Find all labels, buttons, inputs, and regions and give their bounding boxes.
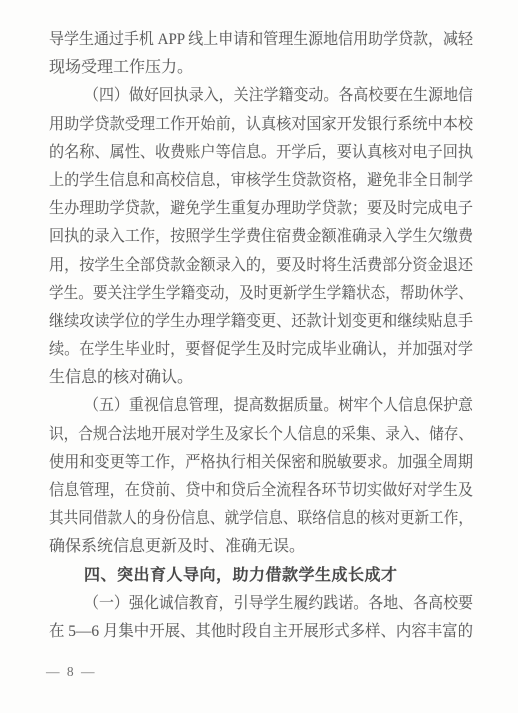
text-line-content: 其共同借款人的身份信息、就学信息、联络信息的核对更新工作， bbox=[49, 505, 473, 533]
text-line-content: 在 5—6 月集中开展、其他时段自主开展形式多样、内容丰富的 bbox=[49, 618, 473, 646]
text-line: 的名称、属性、收费账户等信息。开学后，要认真核对电子回执 bbox=[49, 139, 473, 167]
text-line: 学生。要关注学生学籍变动，及时更新学生学籍状态，帮助休学、 bbox=[49, 280, 473, 308]
text-line: 生办理助学贷款，避免学生重复办理助学贷款；要及时完成电子 bbox=[49, 195, 473, 223]
text-line: 确保系统信息更新及时、准确无误。 bbox=[49, 533, 473, 561]
section-heading-content: 四、突出育人导向，助力借款学生成长成才 bbox=[84, 562, 398, 590]
text-line-content: 的名称、属性、收费账户等信息。开学后，要认真核对电子回执 bbox=[49, 139, 473, 167]
text-line: 生信息的核对确认。 bbox=[49, 364, 473, 392]
text-line-content: 学生。要关注学生学籍变动，及时更新学生学籍状态，帮助休学、 bbox=[49, 280, 473, 308]
text-line-content: 继续攻读学位的学生办理学籍变更、还款计划变更和继续贴息手 bbox=[49, 308, 473, 336]
text-line-content: 使用和变更等工作，严格执行相关保密和脱敏要求。加强全周期 bbox=[49, 449, 473, 477]
text-line-content: 现场受理工作压力。 bbox=[49, 54, 193, 82]
text-line: 回执的录入工作，按照学生学费住宿费金额准确录入学生欠缴费 bbox=[49, 223, 473, 251]
text-block: 导学生通过手机 APP 线上申请和管理生源地信用助学贷款，减轻 现场受理工作压力… bbox=[49, 26, 473, 646]
text-line: 其共同借款人的身份信息、就学信息、联络信息的核对更新工作， bbox=[49, 505, 473, 533]
text-line: 现场受理工作压力。 bbox=[49, 54, 473, 82]
text-line-content: （四）做好回执录入，关注学籍变动。各高校要在生源地信 bbox=[84, 82, 473, 110]
paragraph-start-line: （四）做好回执录入，关注学籍变动。各高校要在生源地信 bbox=[49, 82, 473, 110]
section-heading: 四、突出育人导向，助力借款学生成长成才 bbox=[49, 562, 473, 590]
text-line-content: 上的学生信息和高校信息，审核学生贷款资格，避免非全日制学 bbox=[49, 167, 473, 195]
paragraph-start-line: （一）强化诚信教育，引导学生履约践诺。各地、各高校要 bbox=[49, 590, 473, 618]
text-line: 导学生通过手机 APP 线上申请和管理生源地信用助学贷款，减轻 bbox=[49, 26, 473, 54]
text-line-content: 生信息的核对确认。 bbox=[49, 364, 193, 392]
text-line-content: 信息管理，在贷前、贷中和贷后全流程各环节切实做好对学生及 bbox=[49, 477, 473, 505]
text-line-content: （一）强化诚信教育，引导学生履约践诺。各地、各高校要 bbox=[84, 590, 473, 618]
text-line-content: 生办理助学贷款，避免学生重复办理助学贷款；要及时完成电子 bbox=[49, 195, 473, 223]
text-line: 在 5—6 月集中开展、其他时段自主开展形式多样、内容丰富的 bbox=[49, 618, 473, 646]
text-line: 上的学生信息和高校信息，审核学生贷款资格，避免非全日制学 bbox=[49, 167, 473, 195]
text-line-content: 用，按学生全部贷款金额录入的，要及时将生活费部分资金退还 bbox=[49, 252, 473, 280]
document-page: 导学生通过手机 APP 线上申请和管理生源地信用助学贷款，减轻 现场受理工作压力… bbox=[0, 0, 518, 713]
text-line-content: 识，合规合法地开展对学生及家长个人信息的采集、录入、储存、 bbox=[49, 421, 473, 449]
text-line-content: （五）重视信息管理，提高数据质量。树牢个人信息保护意 bbox=[84, 392, 473, 420]
text-line-content: 用助学贷款受理工作开始前，认真核对国家开发银行系统中本校 bbox=[49, 111, 473, 139]
text-line-content: 确保系统信息更新及时、准确无误。 bbox=[49, 533, 305, 561]
paragraph-start-line: （五）重视信息管理，提高数据质量。树牢个人信息保护意 bbox=[49, 392, 473, 420]
page-number: — 8 — bbox=[46, 664, 97, 680]
text-line: 用，按学生全部贷款金额录入的，要及时将生活费部分资金退还 bbox=[49, 252, 473, 280]
text-line: 继续攻读学位的学生办理学籍变更、还款计划变更和继续贴息手 bbox=[49, 308, 473, 336]
text-line-content: 续。在学生毕业时，要督促学生及时完成毕业确认，并加强对学 bbox=[49, 336, 473, 364]
text-line-content: 回执的录入工作，按照学生学费住宿费金额准确录入学生欠缴费 bbox=[49, 223, 473, 251]
text-line: 使用和变更等工作，严格执行相关保密和脱敏要求。加强全周期 bbox=[49, 449, 473, 477]
text-line: 识，合规合法地开展对学生及家长个人信息的采集、录入、储存、 bbox=[49, 421, 473, 449]
text-line: 信息管理，在贷前、贷中和贷后全流程各环节切实做好对学生及 bbox=[49, 477, 473, 505]
text-line: 用助学贷款受理工作开始前，认真核对国家开发银行系统中本校 bbox=[49, 111, 473, 139]
text-line: 续。在学生毕业时，要督促学生及时完成毕业确认，并加强对学 bbox=[49, 336, 473, 364]
text-line-content: 导学生通过手机 APP 线上申请和管理生源地信用助学贷款，减轻 bbox=[49, 26, 473, 54]
